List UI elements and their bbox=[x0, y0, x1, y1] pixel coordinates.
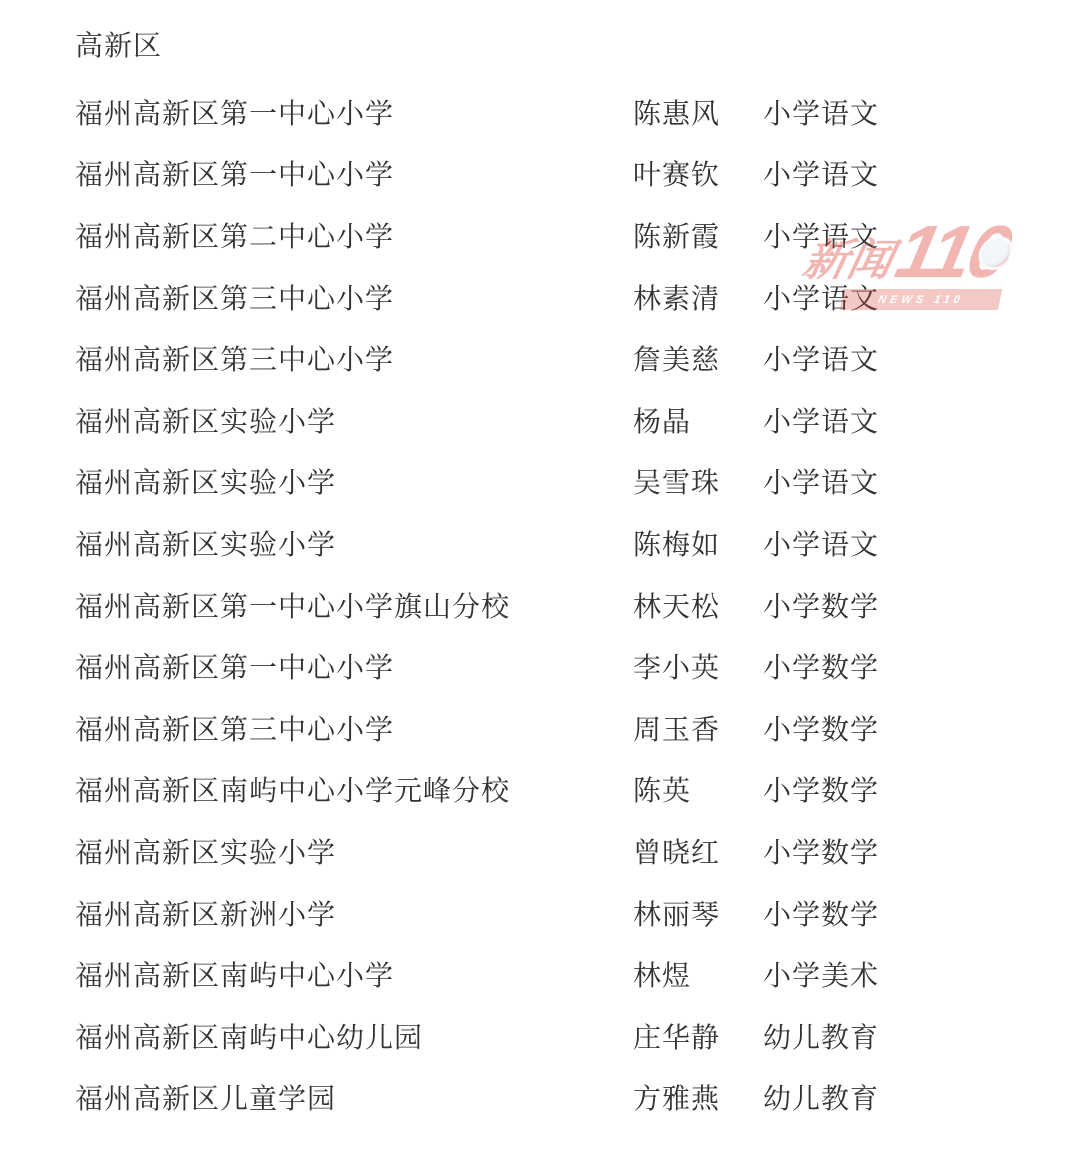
subject: 小学语文 bbox=[763, 523, 1080, 563]
school-name: 福州高新区实验小学 bbox=[75, 523, 633, 563]
teacher-name: 叶赛钦 bbox=[633, 153, 763, 193]
school-name: 福州高新区第三中心小学 bbox=[75, 708, 633, 748]
subject: 小学美术 bbox=[763, 954, 1080, 994]
teacher-name: 林煜 bbox=[633, 954, 763, 994]
school-name: 福州高新区第三中心小学 bbox=[75, 277, 633, 317]
table-row: 福州高新区第三中心小学 周玉香 小学数学 bbox=[0, 697, 1080, 759]
subject: 小学语文 bbox=[763, 461, 1080, 501]
school-name: 福州高新区儿童学园 bbox=[75, 1077, 633, 1117]
school-name: 福州高新区新洲小学 bbox=[75, 893, 633, 933]
table-row: 福州高新区第二中心小学 陈新霞 小学语文 bbox=[0, 204, 1080, 266]
teacher-name: 林素清 bbox=[633, 277, 763, 317]
teacher-name: 曾晓红 bbox=[633, 831, 763, 871]
table-row: 福州高新区第一中心小学 叶赛钦 小学语文 bbox=[0, 143, 1080, 205]
teacher-name: 陈梅如 bbox=[633, 523, 763, 563]
table-row: 福州高新区实验小学 杨晶 小学语文 bbox=[0, 389, 1080, 451]
school-name: 福州高新区实验小学 bbox=[75, 461, 633, 501]
subject: 小学语文 bbox=[763, 92, 1080, 132]
school-name: 福州高新区第一中心小学 bbox=[75, 92, 633, 132]
subject: 幼儿教育 bbox=[763, 1016, 1080, 1056]
table-row: 福州高新区南屿中心幼儿园 庄华静 幼儿教育 bbox=[0, 1005, 1080, 1067]
school-name: 福州高新区南屿中心小学元峰分校 bbox=[75, 769, 633, 809]
subject: 小学数学 bbox=[763, 708, 1080, 748]
subject: 小学数学 bbox=[763, 646, 1080, 686]
teacher-name: 李小英 bbox=[633, 646, 763, 686]
teacher-name: 周玉香 bbox=[633, 708, 763, 748]
subject: 小学语文 bbox=[763, 215, 1080, 255]
subject: 小学数学 bbox=[763, 769, 1080, 809]
teacher-table: 福州高新区第一中心小学 陈惠风 小学语文 福州高新区第一中心小学 叶赛钦 小学语… bbox=[0, 81, 1080, 1128]
school-name: 福州高新区南屿中心小学 bbox=[75, 954, 633, 994]
teacher-name: 杨晶 bbox=[633, 400, 763, 440]
table-row: 福州高新区第一中心小学 陈惠风 小学语文 bbox=[0, 81, 1080, 143]
subject: 小学语文 bbox=[763, 153, 1080, 193]
teacher-name: 庄华静 bbox=[633, 1016, 763, 1056]
table-row: 福州高新区实验小学 吴雪珠 小学语文 bbox=[0, 451, 1080, 513]
school-name: 福州高新区南屿中心幼儿园 bbox=[75, 1016, 633, 1056]
school-name: 福州高新区第一中心小学 bbox=[75, 646, 633, 686]
table-row: 福州高新区实验小学 陈梅如 小学语文 bbox=[0, 512, 1080, 574]
teacher-name: 陈新霞 bbox=[633, 215, 763, 255]
document-page: 高新区 福州高新区第一中心小学 陈惠风 小学语文 福州高新区第一中心小学 叶赛钦… bbox=[0, 0, 1080, 1161]
teacher-name: 詹美慈 bbox=[633, 338, 763, 378]
teacher-name: 林天松 bbox=[633, 585, 763, 625]
table-row: 福州高新区南屿中心小学元峰分校 陈英 小学数学 bbox=[0, 759, 1080, 821]
school-name: 福州高新区第一中心小学旗山分校 bbox=[75, 585, 633, 625]
subject: 幼儿教育 bbox=[763, 1077, 1080, 1117]
subject: 小学数学 bbox=[763, 585, 1080, 625]
table-row: 福州高新区实验小学 曾晓红 小学数学 bbox=[0, 820, 1080, 882]
table-row: 福州高新区第三中心小学 詹美慈 小学语文 bbox=[0, 327, 1080, 389]
table-row: 福州高新区第一中心小学旗山分校 林天松 小学数学 bbox=[0, 574, 1080, 636]
table-row: 福州高新区第一中心小学 李小英 小学数学 bbox=[0, 635, 1080, 697]
teacher-name: 陈惠风 bbox=[633, 92, 763, 132]
school-name: 福州高新区第一中心小学 bbox=[75, 153, 633, 193]
teacher-name: 林丽琴 bbox=[633, 893, 763, 933]
school-name: 福州高新区第二中心小学 bbox=[75, 215, 633, 255]
school-name: 福州高新区实验小学 bbox=[75, 400, 633, 440]
school-name: 福州高新区第三中心小学 bbox=[75, 338, 633, 378]
subject: 小学数学 bbox=[763, 893, 1080, 933]
table-row: 福州高新区南屿中心小学 林煜 小学美术 bbox=[0, 943, 1080, 1005]
teacher-name: 方雅燕 bbox=[633, 1077, 763, 1117]
section-title: 高新区 bbox=[75, 31, 162, 61]
table-row: 福州高新区新洲小学 林丽琴 小学数学 bbox=[0, 882, 1080, 944]
subject: 小学语文 bbox=[763, 338, 1080, 378]
teacher-name: 吴雪珠 bbox=[633, 461, 763, 501]
school-name: 福州高新区实验小学 bbox=[75, 831, 633, 871]
subject: 小学数学 bbox=[763, 831, 1080, 871]
teacher-name: 陈英 bbox=[633, 769, 763, 809]
subject: 小学语文 bbox=[763, 277, 1080, 317]
table-row: 福州高新区儿童学园 方雅燕 幼儿教育 bbox=[0, 1067, 1080, 1129]
subject: 小学语文 bbox=[763, 400, 1080, 440]
table-row: 福州高新区第三中心小学 林素清 小学语文 bbox=[0, 266, 1080, 328]
